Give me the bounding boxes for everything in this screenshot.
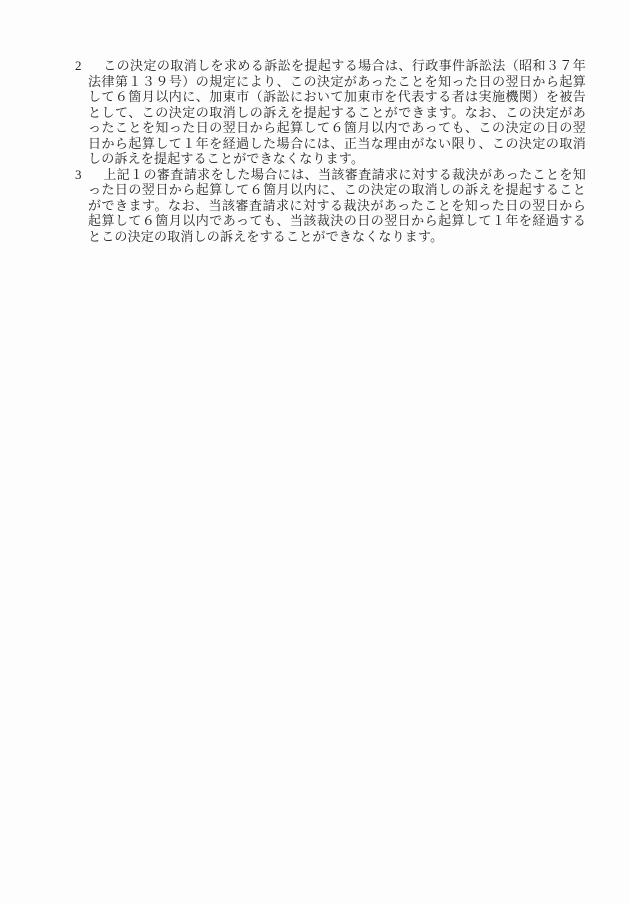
paragraph-2-number: 2 <box>75 58 103 74</box>
paragraph-2-text: この決定の取消しを求める訴訟を提起する場合は、行政事件訴訟法（昭和３７年法律第１… <box>88 58 586 166</box>
document-page: 2この決定の取消しを求める訴訟を提起する場合は、行政事件訴訟法（昭和３７年法律第… <box>0 0 630 903</box>
paragraph-3-text: 上記１の審査請求をした場合には、当該審査請求に対する裁決があったことを知った日の… <box>88 167 586 244</box>
paragraph-3: 3上記１の審査請求をした場合には、当該審査請求に対する裁決があったことを知った日… <box>75 167 586 245</box>
paragraph-3-number: 3 <box>75 167 103 183</box>
document-body: 2この決定の取消しを求める訴訟を提起する場合は、行政事件訴訟法（昭和３７年法律第… <box>0 0 630 244</box>
paragraph-2: 2この決定の取消しを求める訴訟を提起する場合は、行政事件訴訟法（昭和３７年法律第… <box>75 58 586 167</box>
